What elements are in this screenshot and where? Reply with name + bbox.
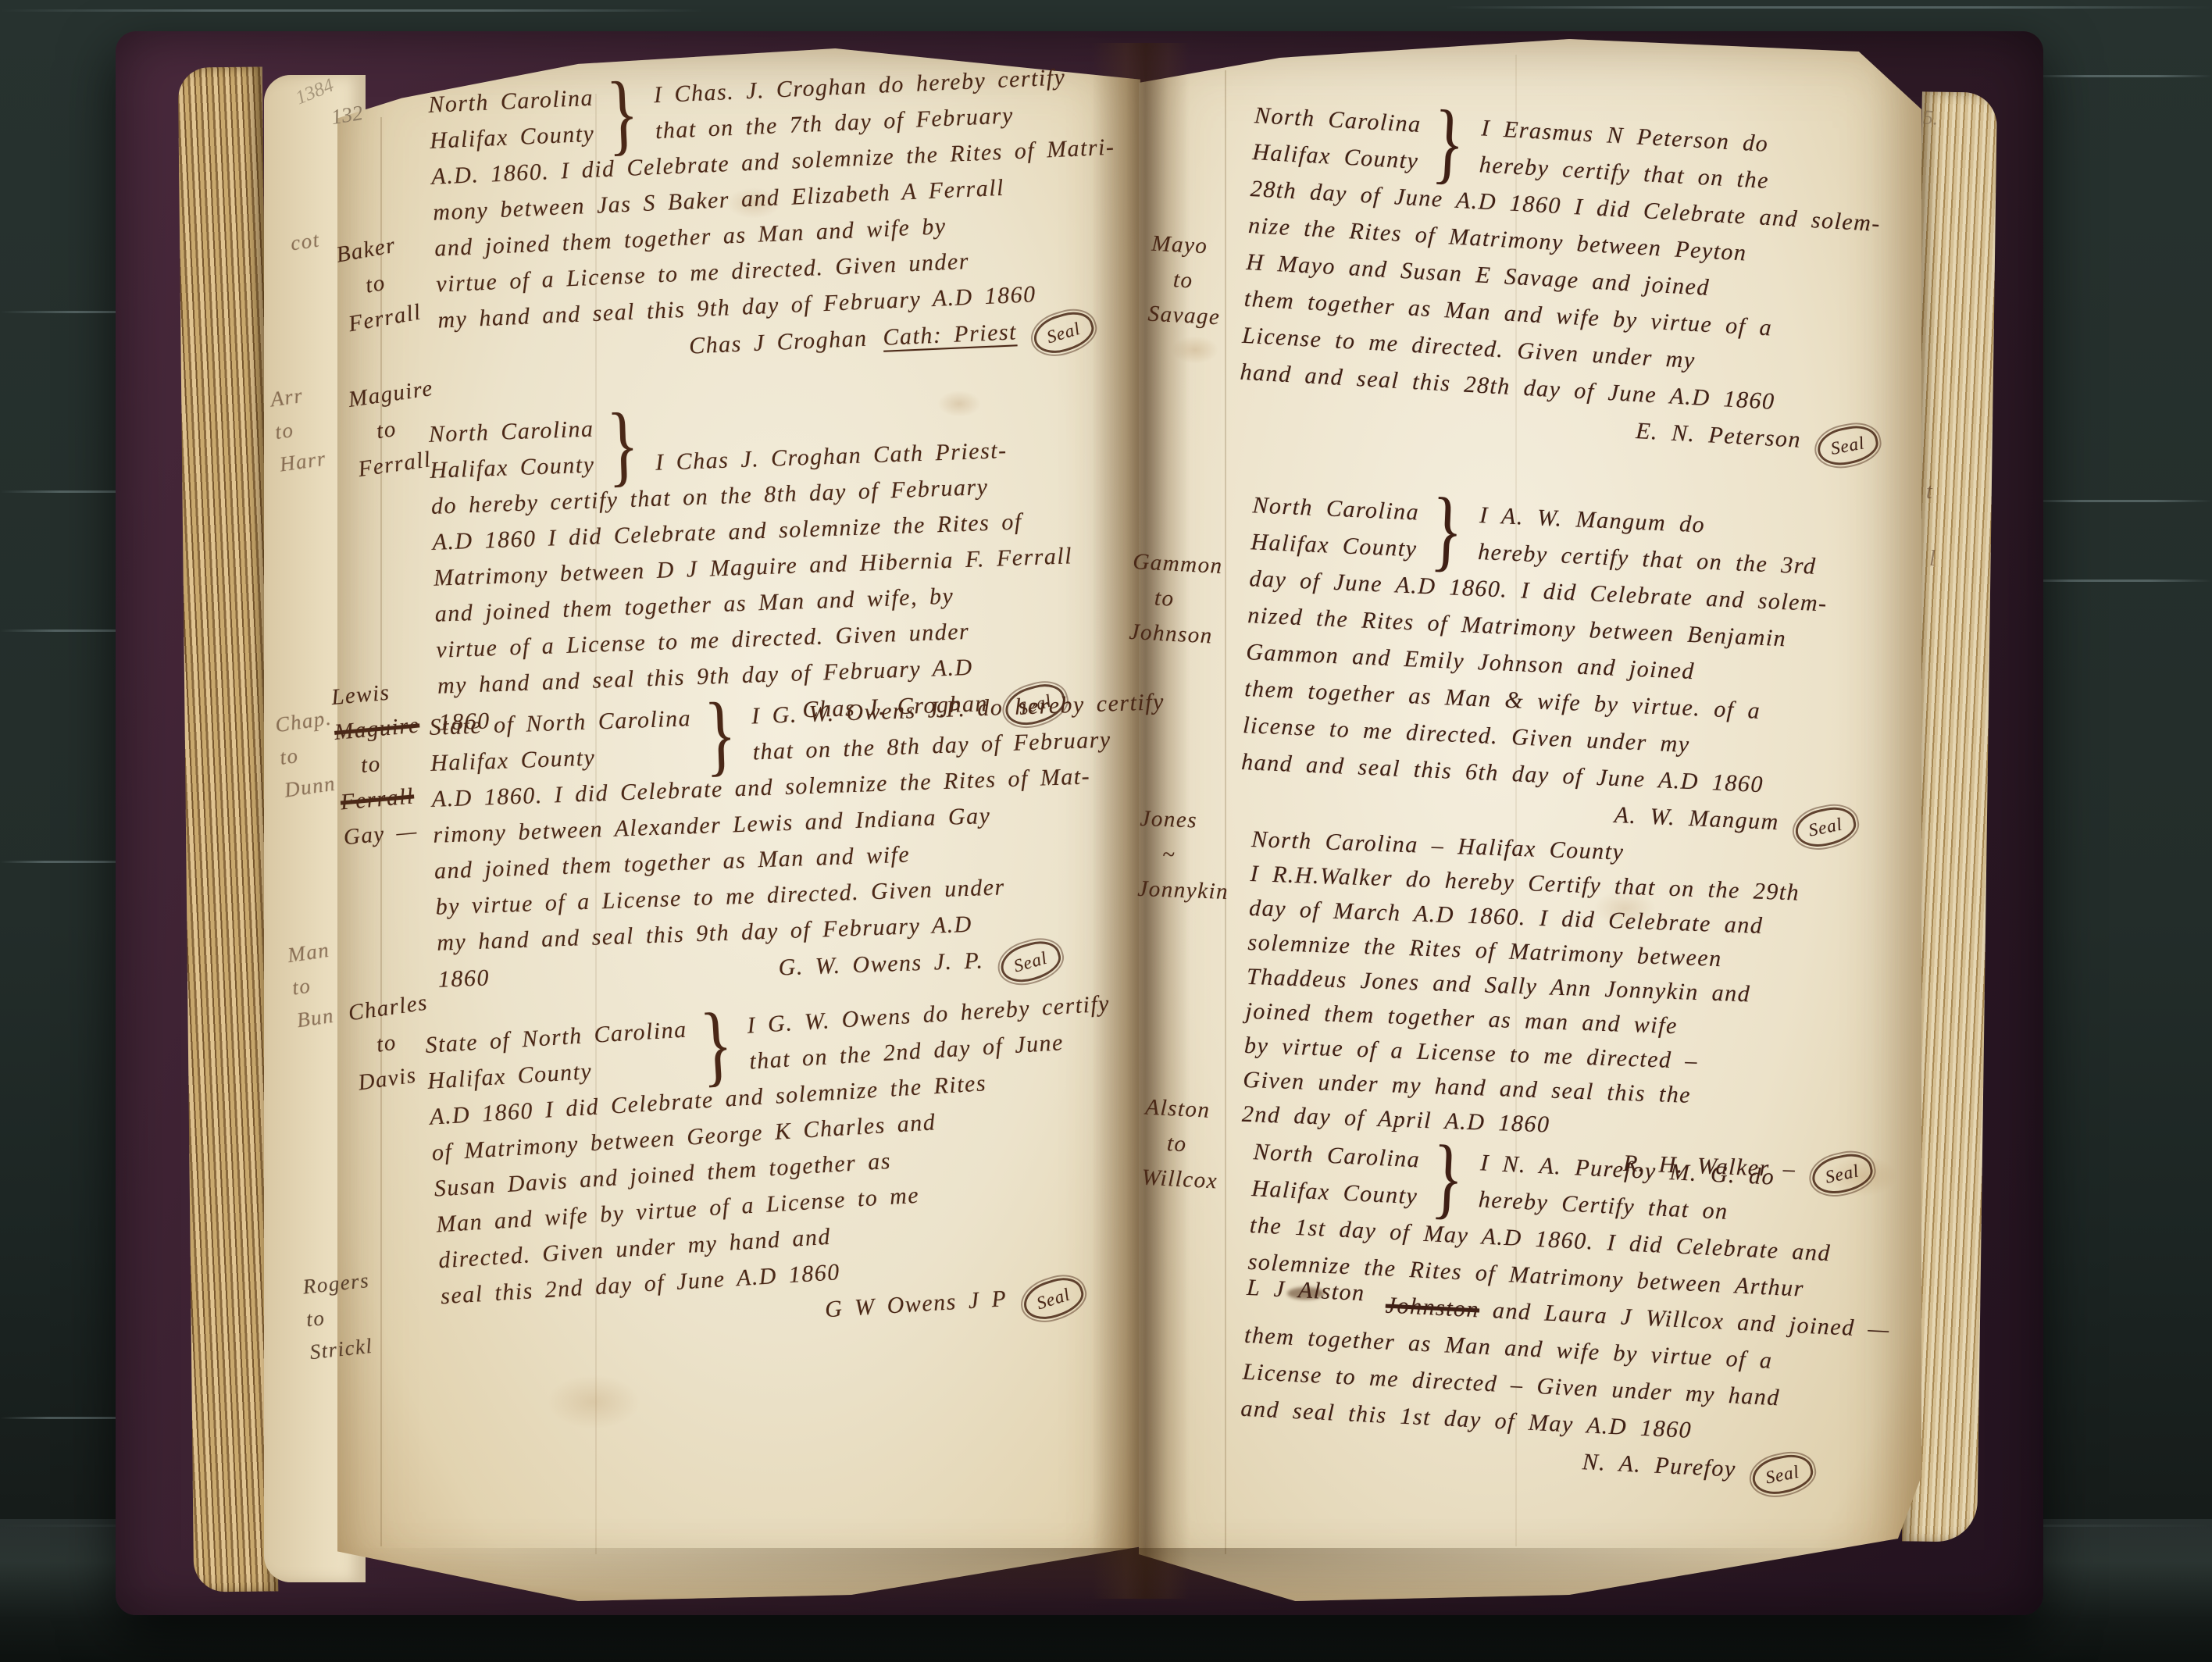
margin-word: Willcox bbox=[1141, 1160, 1219, 1199]
curly-brace-glyph: } bbox=[606, 410, 640, 481]
signature: G. W. Owens J. P. bbox=[778, 943, 984, 986]
page-number-right: 5. bbox=[1922, 105, 1939, 130]
cutoff-letter: l bbox=[1929, 547, 1935, 572]
margin-word: Gammon bbox=[1132, 544, 1224, 584]
marriage-entry-mayo-savage: North Carolina Halifax County } I Erasmu… bbox=[1237, 97, 1930, 465]
marriage-entry-alston-willcox: North Carolina Halifax County } I N. A. … bbox=[1238, 1133, 1929, 1496]
ghost-word: Strickl bbox=[308, 1329, 377, 1368]
signature-title: Cath: Priest bbox=[882, 314, 1017, 355]
background-groove bbox=[0, 9, 703, 12]
struck-name: Johnston bbox=[1385, 1293, 1480, 1323]
ghost-word: Rogers bbox=[301, 1264, 371, 1304]
background-groove bbox=[1445, 6, 2212, 9]
background-groove bbox=[2031, 75, 2212, 77]
ghost-word: Man bbox=[285, 933, 331, 972]
margin-word: Savage bbox=[1147, 297, 1222, 336]
curly-brace-glyph: } bbox=[703, 699, 737, 770]
curly-brace-glyph: } bbox=[698, 1009, 735, 1081]
margin-label-jones-jonnykin: Jones ~ Jonnykin bbox=[1137, 801, 1232, 910]
margin-word: to bbox=[1143, 1125, 1221, 1164]
curly-brace-glyph: } bbox=[605, 78, 640, 150]
margin-word: to bbox=[1149, 262, 1223, 301]
marriage-entry-charles-davis: State of North Carolina Halifax County }… bbox=[424, 985, 1150, 1351]
heading-county: Halifax County bbox=[430, 447, 596, 488]
ghost-margin-label: Rogers to Strickl bbox=[301, 1264, 378, 1368]
background-groove bbox=[2023, 500, 2212, 502]
margin-word: Gay — bbox=[342, 813, 430, 855]
cutoff-letter: t bbox=[1926, 480, 1932, 505]
margin-word-struck: Maguire bbox=[333, 708, 421, 750]
marriage-entry-baker-ferrall: North Carolina Halifax County } I Chas. … bbox=[427, 56, 1146, 375]
photo-of-marriage-register: { "glyphs": { "brace": "}" }, "left_page… bbox=[0, 0, 2212, 1662]
margin-word: ~ bbox=[1138, 836, 1230, 875]
page-number-left: 132 bbox=[330, 101, 365, 130]
marriage-entry-gammon-johnson: North Carolina Halifax County } I A. W. … bbox=[1239, 487, 1928, 846]
ghost-margin-label: cot bbox=[288, 223, 322, 260]
page-edge-stack-left bbox=[178, 66, 278, 1592]
ghost-word: Harr bbox=[277, 442, 328, 481]
margin-word: to bbox=[1130, 580, 1222, 619]
signature: N. A. Purefoy bbox=[1582, 1443, 1737, 1488]
heading-state: North Carolina bbox=[428, 412, 594, 453]
page-curl-shadow bbox=[344, 1548, 1906, 1606]
signature: A. W. Mangum bbox=[1614, 797, 1780, 840]
margin-word: Jones bbox=[1140, 801, 1232, 840]
margin-word: Jonnykin bbox=[1137, 872, 1229, 910]
curly-brace-glyph: } bbox=[1429, 494, 1465, 566]
margin-word: Alston bbox=[1144, 1090, 1222, 1129]
margin-word: Mayo bbox=[1151, 226, 1225, 266]
curly-brace-glyph: } bbox=[1430, 1142, 1466, 1214]
marriage-entry-jones-jonnykin: North Carolina – Halifax County I R.H.Wa… bbox=[1240, 822, 1928, 1192]
margin-label-mayo-savage: Mayo to Savage bbox=[1147, 226, 1226, 336]
marriage-entry-lewis-gay: State of North Carolina Halifax County }… bbox=[429, 685, 1145, 997]
margin-label-lewis-gay: Lewis Maguire to Ferrall Gay — bbox=[330, 673, 430, 856]
entry-year: 1860 bbox=[437, 960, 491, 997]
ghost-word: cot bbox=[288, 223, 322, 260]
inserted-name: L J Alston bbox=[1246, 1269, 1366, 1311]
signature: Chas J Croghan bbox=[688, 320, 868, 364]
ghost-word: Bun bbox=[294, 998, 341, 1036]
curly-brace-glyph: } bbox=[1431, 107, 1467, 179]
margin-label-alston-willcox: Alston to Willcox bbox=[1141, 1090, 1222, 1200]
